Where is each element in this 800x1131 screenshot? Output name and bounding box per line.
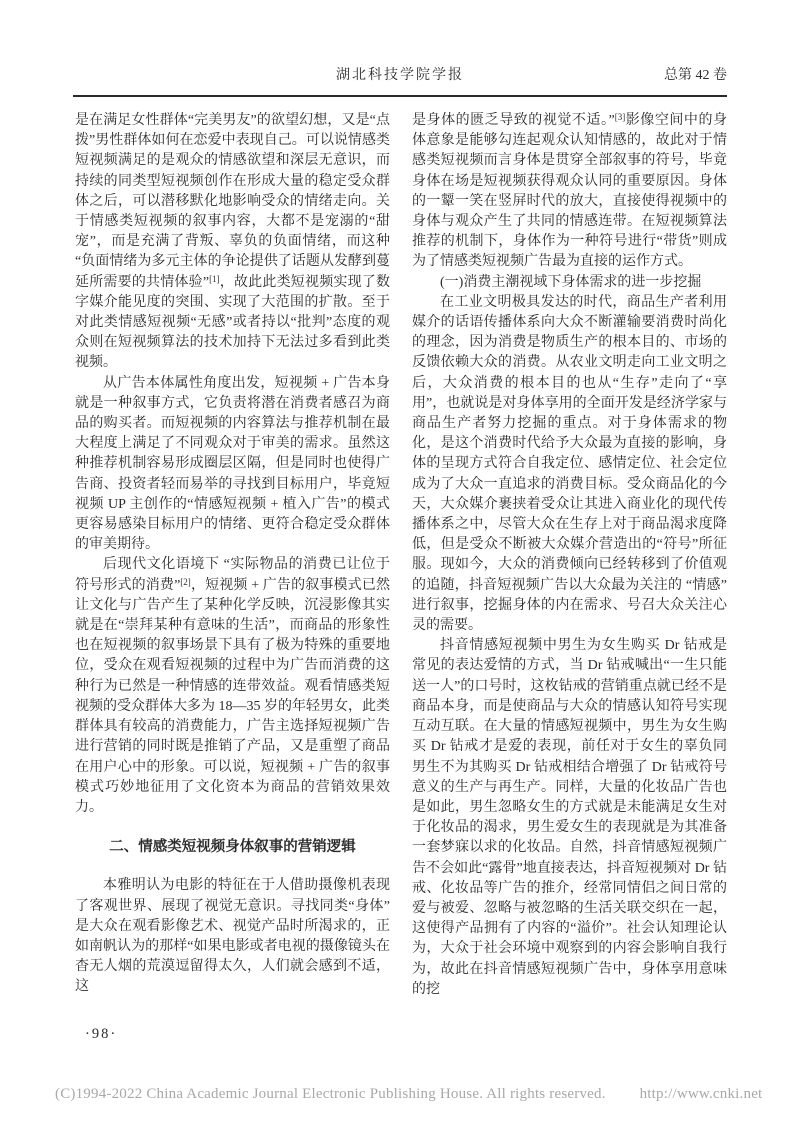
section-heading: 二、情感类短视频身体叙事的营销逻辑 xyxy=(75,837,390,857)
paragraph: 后现代文化语境下 “实际物品的消费已让位于符号形式的消费”[2]，短视频 + 广… xyxy=(75,555,390,818)
copyright-text: (C)1994-2022 China Academic Journal Elec… xyxy=(55,1086,606,1102)
page-header: 湖北科技学院学报 总第 42 卷 xyxy=(73,66,727,97)
header-rule xyxy=(73,95,727,97)
header-row: 湖北科技学院学报 总第 42 卷 xyxy=(73,66,727,88)
citation-marker: [1] xyxy=(209,274,220,284)
right-column: 是身体的匮乏导致的视觉不适。”[3]影像空间中的身体意象是能够勾连起观众认知情感… xyxy=(412,111,727,1000)
journal-title: 湖北科技学院学报 xyxy=(73,66,727,86)
left-column: 是在满足女性群体“完美男友”的欲望幻想，又是“点拨”男性群体如何在恋爱中表现自己… xyxy=(75,111,390,1000)
paragraph: 是身体的匮乏导致的视觉不适。”[3]影像空间中的身体意象是能够勾连起观众认知情感… xyxy=(412,111,727,273)
volume-label: 总第 42 卷 xyxy=(664,66,727,86)
paragraph: 从广告本体属性角度出发，短视频 + 广告本身就是一种叙事方式，它负责将潜在消费者… xyxy=(75,374,390,556)
page-footer: (C)1994-2022 China Academic Journal Elec… xyxy=(55,1086,775,1103)
subsection-heading: (一)消费主潮视域下身体需求的进一步挖掘 xyxy=(412,273,727,293)
paragraph: 本雅明认为电影的特征在于人借助摄像机表现了客观世界、展现了视觉无意识。寻找同类“… xyxy=(75,876,390,997)
article-body: 是在满足女性群体“完美男友”的欲望幻想，又是“点拨”男性群体如何在恋爱中表现自己… xyxy=(75,111,727,1000)
journal-page: 湖北科技学院学报 总第 42 卷 是在满足女性群体“完美男友”的欲望幻想，又是“… xyxy=(0,0,800,1131)
paragraph: 在工业文明极具发达的时代，商品生产者利用媒介的话语传播体系向大众不断灌输要消费时… xyxy=(412,293,727,636)
paragraph: 抖音情感短视频中男生为女生购买 Dr 钻戒是常见的表达爱情的方式，当 Dr 钻戒… xyxy=(412,636,727,1000)
paragraph: 是在满足女性群体“完美男友”的欲望幻想，又是“点拨”男性群体如何在恋爱中表现自己… xyxy=(75,111,390,374)
citation-marker: [3] xyxy=(615,112,626,122)
citation-marker: [2] xyxy=(180,577,191,587)
cnki-url: http://www.cnki.net xyxy=(640,1086,763,1102)
page-number: ·98· xyxy=(85,1026,117,1043)
